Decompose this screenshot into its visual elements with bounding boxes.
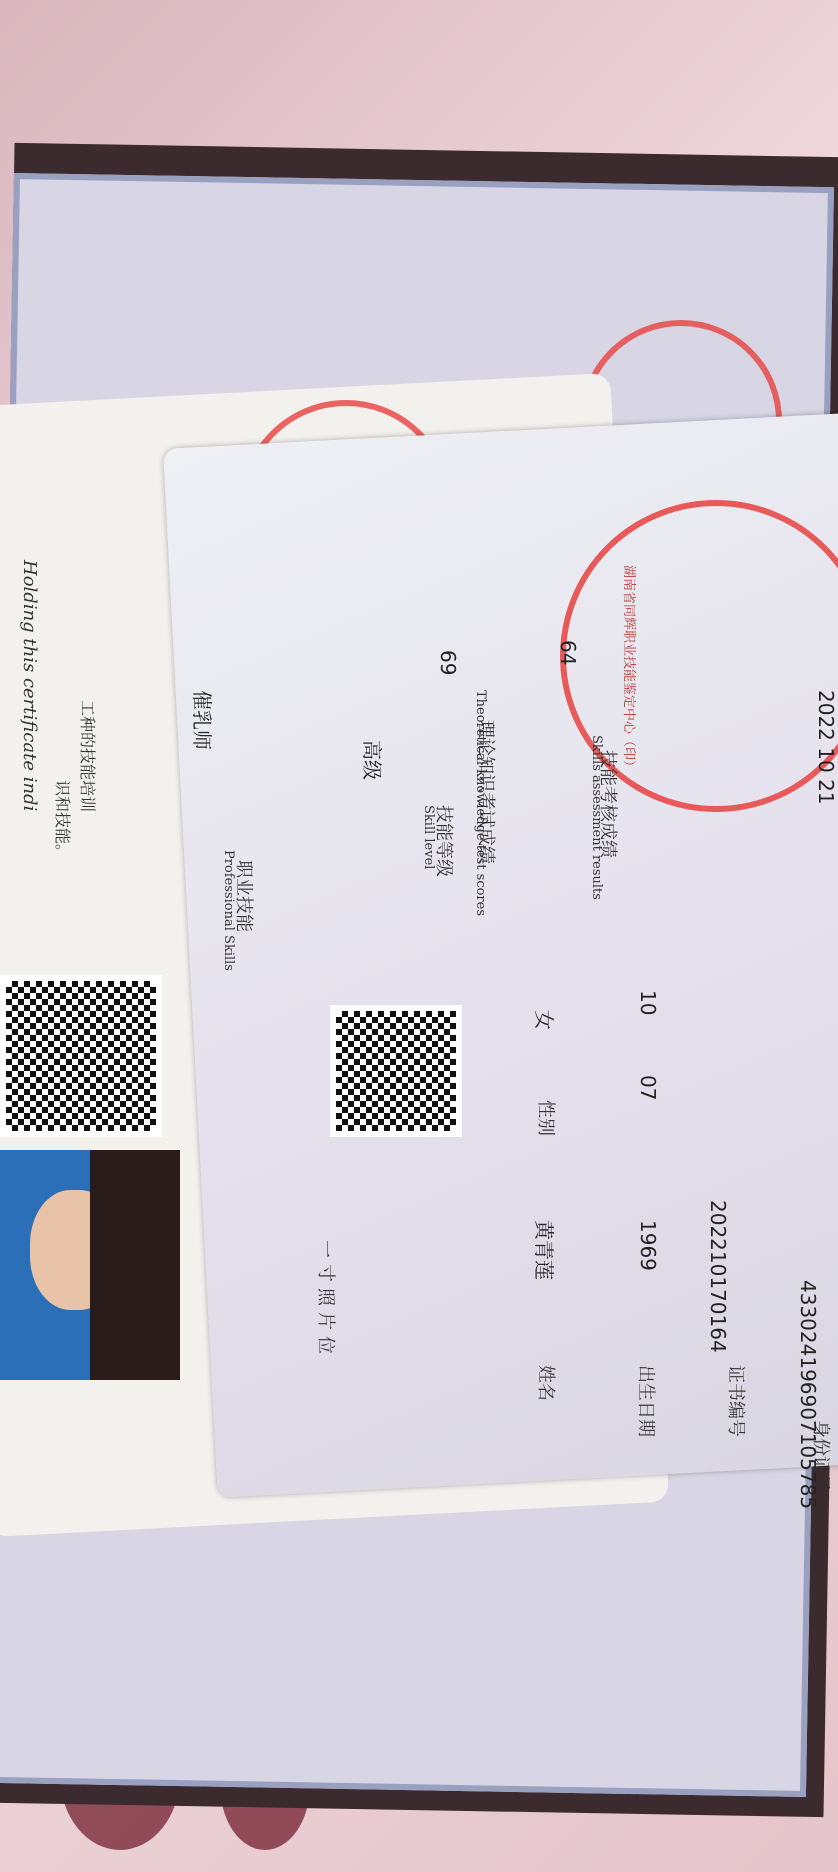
dob-label: 出生日期 [634,1365,660,1437]
theory-score: 69 [436,650,460,675]
back-card-text: 工种的技能培训 [77,700,100,812]
profession-value: 催乳师 [189,690,218,750]
name-label: 姓名 [534,1365,560,1401]
skills-label-en: Skills assessment results [589,735,604,900]
back-card-text: Holding this certificate indi [19,560,40,811]
profession-label-en: Professional Skills [221,850,236,971]
qr-code [330,1005,462,1137]
dob-day: 10 [636,990,660,1015]
cert-no-value: 202210170164 [706,1200,730,1353]
sex-label: 性别 [534,1100,560,1136]
dob-month: 07 [636,1075,660,1100]
back-card-text: 识和技能。 [52,780,75,860]
name-value: 黄青莲 [531,1220,560,1280]
issue-date: 2022 10 21 [814,690,838,805]
sex-value: 女 [531,1010,560,1030]
id-photo [0,1150,180,1380]
issuer: 湖南省同辉职业技能鉴定中心（印） [621,565,640,773]
dob-year: 1969 [636,1220,660,1271]
cert-no-label: 证书编号 [724,1365,750,1437]
theory-label-en: Theoretical knowledge test scores [473,690,488,916]
level-value: 高级 [359,740,388,780]
id-value: 433024196907105785 [796,1280,820,1509]
photo-placeholder: 一寸照片位 [314,1240,340,1360]
qr-code [0,975,162,1137]
skills-score: 64 [556,640,580,665]
level-label-en: Skill level [421,805,436,869]
